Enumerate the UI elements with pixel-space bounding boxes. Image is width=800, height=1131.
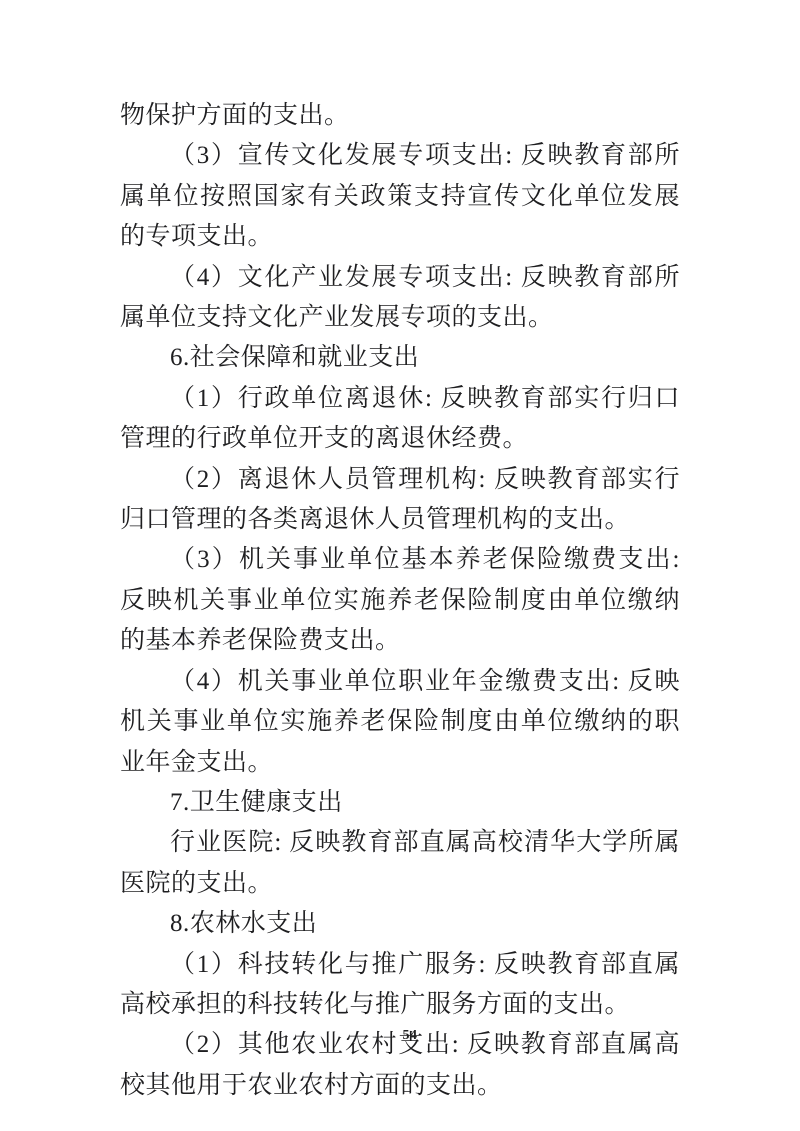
paragraph: （3）宣传文化发展专项支出: 反映教育部所属单位按照国家有关政策支持宣传文化单位…	[120, 136, 680, 257]
paragraph: （2）离退休人员管理机构: 反映教育部实行归口管理的各类离退休人员管理机构的支出…	[120, 460, 680, 541]
paragraph: （1）科技转化与推广服务: 反映教育部直属高校承担的科技转化与推广服务方面的支出…	[120, 945, 680, 1026]
paragraph: 7.卫生健康支出	[120, 783, 680, 823]
paragraph: （3）机关事业单位基本养老保险缴费支出: 反映机关事业单位实施养老保险制度由单位…	[120, 540, 680, 661]
paragraph: 6.社会保障和就业支出	[120, 338, 680, 378]
paragraph: （2）其他农业农村支出: 反映教育部直属高校其他用于农业农村方面的支出。	[120, 1025, 680, 1106]
paragraph: （4）机关事业单位职业年金缴费支出: 反映机关事业单位实施养老保险制度由单位缴纳…	[120, 662, 680, 783]
document-page: 物保护方面的支出。（3）宣传文化发展专项支出: 反映教育部所属单位按照国家有关政…	[0, 0, 800, 1131]
paragraph: （1）行政单位离退休: 反映教育部实行归口管理的行政单位开支的离退休经费。	[120, 379, 680, 460]
paragraph: 行业医院: 反映教育部直属高校清华大学所属医院的支出。	[120, 823, 680, 904]
paragraph: 8.农林水支出	[120, 904, 680, 944]
paragraph: 物保护方面的支出。	[120, 96, 680, 136]
text-block: 物保护方面的支出。（3）宣传文化发展专项支出: 反映教育部所属单位按照国家有关政…	[120, 96, 680, 1106]
page-number: 54	[403, 1028, 418, 1044]
paragraph: （4）文化产业发展专项支出: 反映教育部所属单位支持文化产业发展专项的支出。	[120, 258, 680, 339]
